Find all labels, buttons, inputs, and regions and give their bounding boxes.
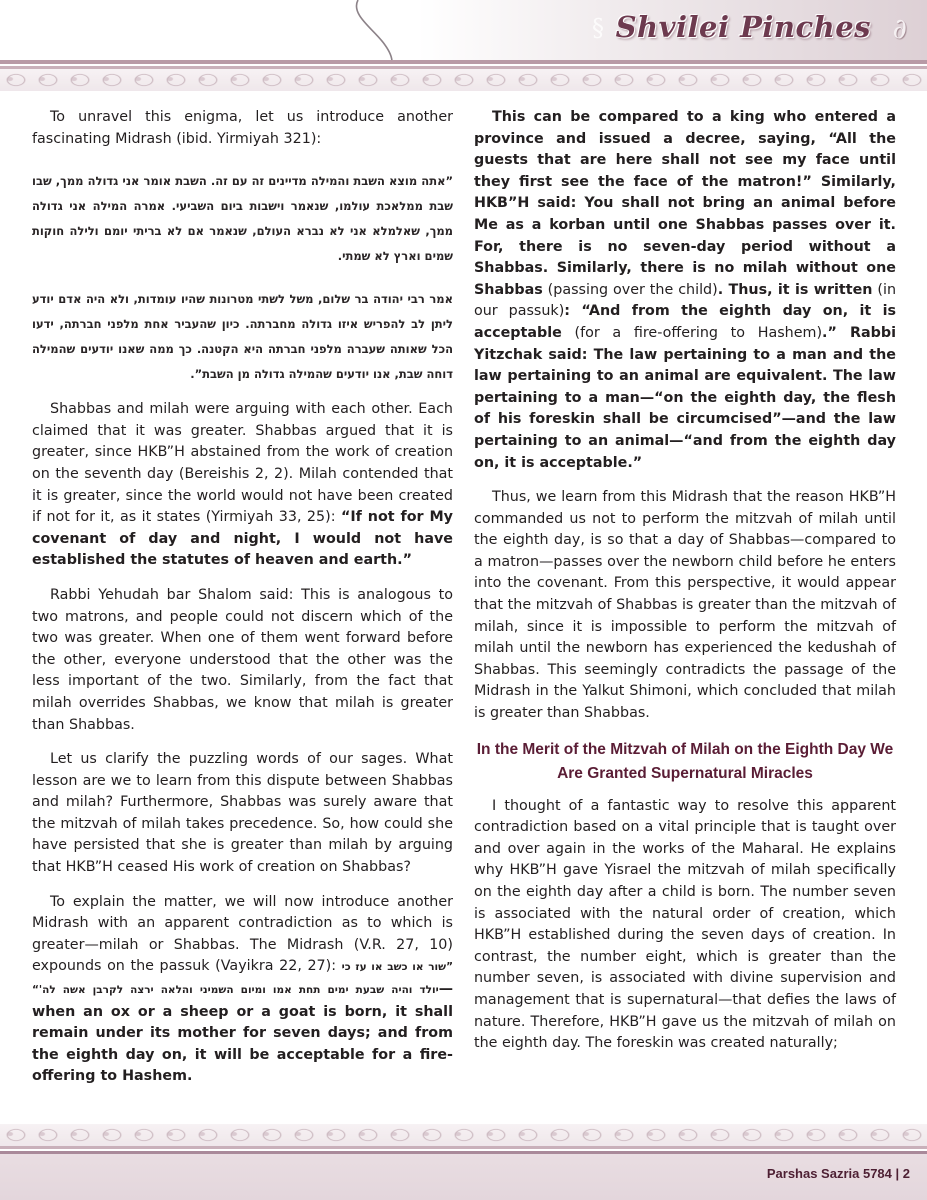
paragraph: Shabbas and milah were arguing with each… xyxy=(32,399,453,572)
footer-ornament-border xyxy=(0,1124,927,1146)
page-footer: Parshas Sazria 5784 | 2 xyxy=(0,1154,927,1200)
hebrew-quote: אמר רבי יהודה בר שלום, משל לשתי מטרונות … xyxy=(32,281,453,387)
decorative-curve-icon xyxy=(340,0,420,62)
section-heading: In the Merit of the Mitzvah of Milah on … xyxy=(474,738,896,786)
footer-page-label: Parshas Sazria 5784 | 2 xyxy=(767,1166,910,1181)
paragraph: I thought of a fantastic way to resolve … xyxy=(474,796,896,1055)
paragraph: Rabbi Yehudah bar Shalom said: This is a… xyxy=(32,585,453,736)
footer-rule-thin xyxy=(0,1146,927,1149)
paragraph: To unravel this enigma, let us introduce… xyxy=(32,107,453,150)
left-column: To unravel this enigma, let us introduce… xyxy=(32,107,453,1101)
ornament-right-icon: ∂ xyxy=(893,12,907,45)
paragraph: Let us clarify the puzzling words of our… xyxy=(32,749,453,879)
paragraph: This can be compared to a king who enter… xyxy=(474,107,896,474)
page-header: § Shvilei Pinches ∂ xyxy=(0,0,927,62)
header-rule xyxy=(0,60,927,64)
hebrew-quote: ”אתה מוצא השבת והמילה מדיינים זה עם זה. … xyxy=(32,163,453,269)
publication-title: Shvilei Pinches xyxy=(616,10,871,44)
paragraph: Thus, we learn from this Midrash that th… xyxy=(474,487,896,725)
right-column: This can be compared to a king who enter… xyxy=(474,107,896,1068)
bold-quote: —when an ox or a sheep or a goat is born… xyxy=(32,981,453,1084)
ornament-left-icon: § xyxy=(592,14,604,42)
paragraph: To explain the matter, we will now intro… xyxy=(32,892,453,1088)
header-ornament-border xyxy=(0,69,927,91)
